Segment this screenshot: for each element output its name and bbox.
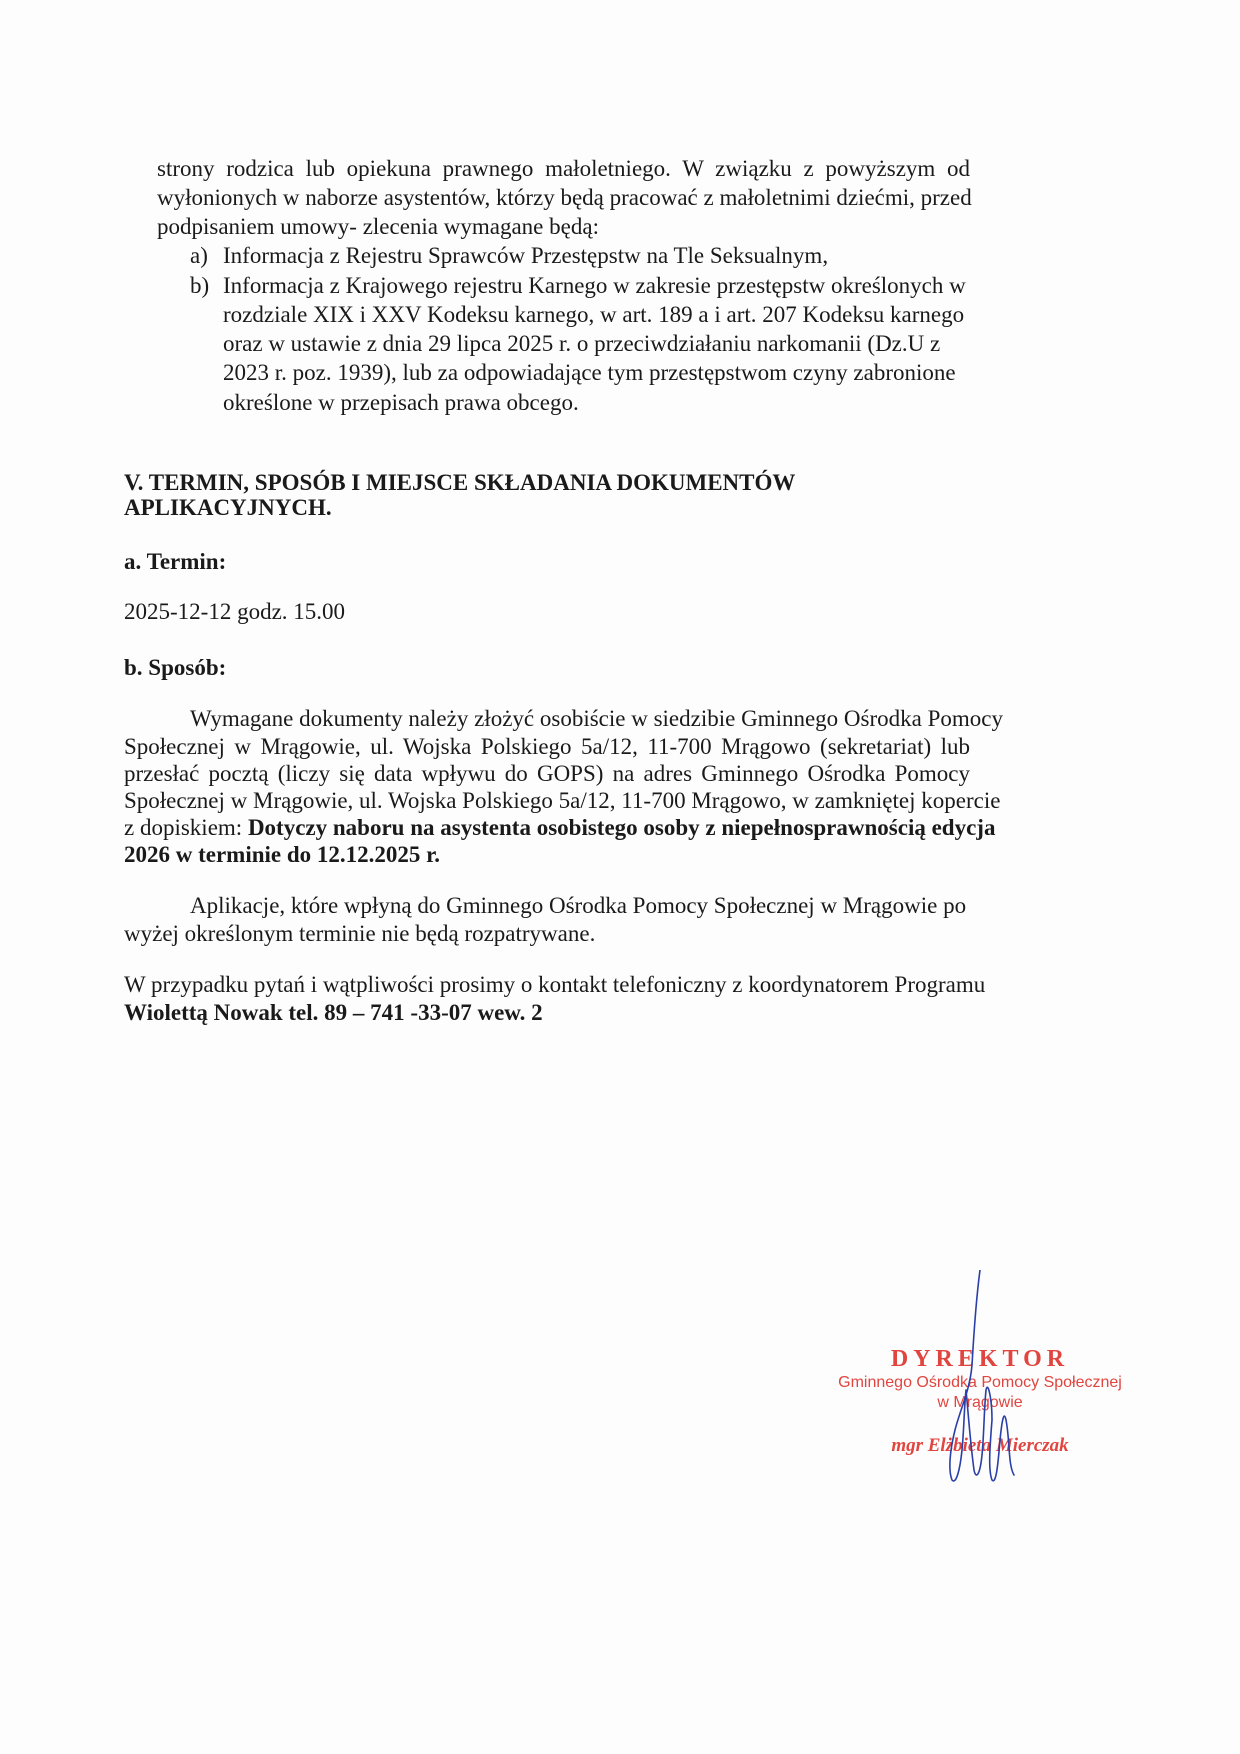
dopisek-bold: Dotyczy naboru na asystenta osobistego o… — [248, 813, 996, 843]
list-marker-b: b) — [190, 271, 209, 301]
list-item-b-line: rozdziale XIX i XXV Kodeksu karnego, w a… — [223, 300, 964, 330]
section-heading: APLIKACYJNYCH. — [124, 493, 332, 523]
contact-line: W przypadku pytań i wątpliwości prosimy … — [124, 970, 985, 1000]
dopisek-bold-line2: 2026 w terminie do 12.12.2025 r. — [124, 840, 440, 870]
body-line: strony rodzica lub opiekuna prawnego mał… — [157, 154, 970, 184]
termin-value: 2025-12-12 godz. 15.00 — [124, 597, 345, 627]
list-item-b-line: Informacja z Krajowego rejestru Karnego … — [223, 271, 966, 301]
sposob-line: Społecznej w Mrągowie, ul. Wojska Polski… — [124, 786, 970, 816]
body-line: podpisaniem umowy- zlecenia wymagane będ… — [157, 212, 599, 242]
list-item-b-line: oraz w ustawie z dnia 29 lipca 2025 r. o… — [223, 329, 940, 359]
contact-name-phone: Wiolettą Nowak tel. 89 – 741 -33-07 wew.… — [124, 998, 543, 1028]
list-marker-a: a) — [190, 241, 208, 271]
document-page: strony rodzica lub opiekuna prawnego mał… — [0, 0, 1240, 1754]
aplikacje-line: Aplikacje, które wpłyną do Gminnego Ośro… — [190, 891, 966, 921]
dopisek-line: z dopiskiem: Dotyczy naboru na asystenta… — [124, 813, 970, 843]
sposob-line: Wymagane dokumenty należy złożyć osobiśc… — [190, 704, 970, 734]
signature-icon — [930, 1270, 1030, 1490]
dopisek-prefix: z dopiskiem: — [124, 813, 248, 843]
list-item-b-line: 2023 r. poz. 1939), lub za odpowiadające… — [223, 358, 956, 388]
list-item-a: Informacja z Rejestru Sprawców Przestęps… — [223, 241, 828, 271]
list-item-b-line: określone w przepisach prawa obcego. — [223, 388, 579, 418]
sposob-line: Społecznej w Mrągowie, ul. Wojska Polski… — [124, 732, 970, 762]
sposob-line: przesłać pocztą (liczy się data wpływu d… — [124, 759, 970, 789]
aplikacje-line: wyżej określonym terminie nie będą rozpa… — [124, 919, 595, 949]
sposob-label: b. Sposób: — [124, 653, 226, 683]
body-line: wyłonionych w naborze asystentów, którzy… — [157, 183, 970, 213]
termin-label: a. Termin: — [124, 547, 226, 577]
